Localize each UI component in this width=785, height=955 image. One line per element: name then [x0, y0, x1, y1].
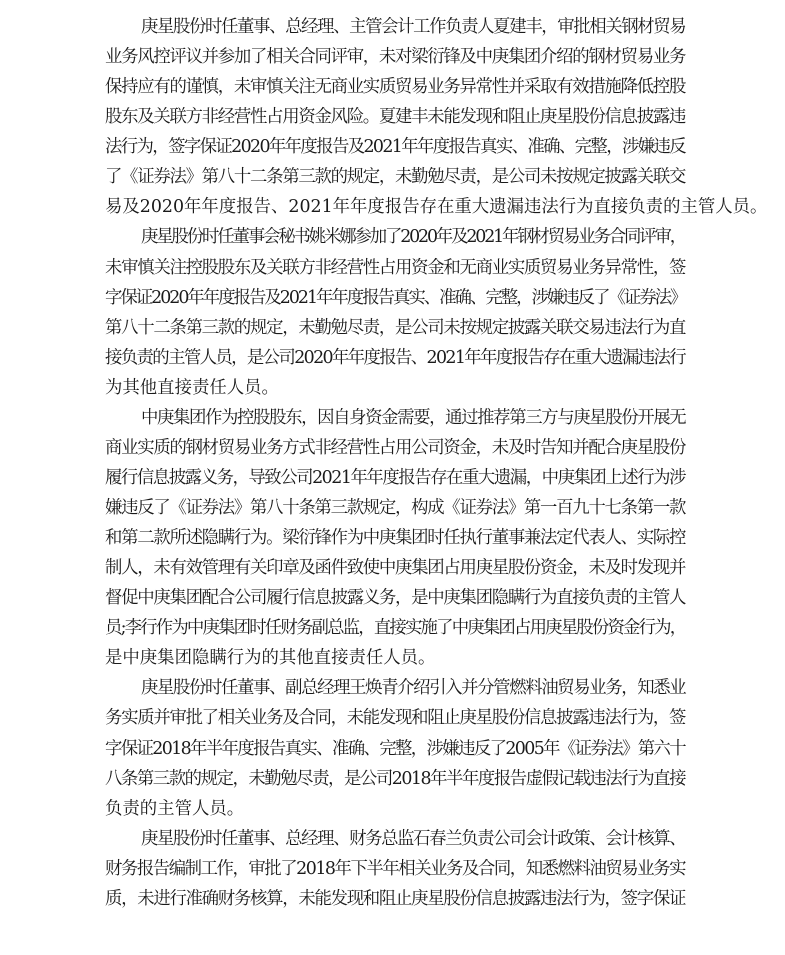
text-line: 第八十二条第三款的规定，未勤勉尽责，是公司未按规定披露关联交易违法行为直 [105, 313, 685, 343]
text-line: 庚星股份时任董事、副总经理王焕青介绍引入并分管燃料油贸易业务，知悉业 [105, 673, 685, 703]
text-line: 为其他直接责任人员。 [105, 373, 685, 403]
paragraph: 中庚集团作为控股股东，因自身资金需要，通过推荐第三方与庚星股份开展无商业实质的钢… [105, 403, 685, 674]
text-line: 易及2020年年度报告、2021年年度报告存在重大遗漏违法行为直接负责的主管人员… [105, 192, 685, 222]
paragraph: 庚星股份时任董事会秘书姚米娜参加了2020年及2021年钢材贸易业务合同评审，未… [105, 222, 685, 402]
text-line: 履行信息披露义务，导致公司2021年年度报告存在重大遗漏，中庚集团上述行为涉 [105, 463, 685, 493]
text-line: 中庚集团作为控股股东，因自身资金需要，通过推荐第三方与庚星股份开展无 [105, 403, 685, 433]
text-line: 质，未进行准确财务核算，未能发现和阻止庚星股份信息披露违法行为，签字保证 [105, 884, 685, 914]
text-line: 负责的主管人员。 [105, 794, 685, 824]
paragraph: 庚星股份时任董事、总经理、主管会计工作负责人夏建丰，审批相关钢材贸易业务风控评议… [105, 12, 685, 222]
text-line: 保持应有的谨慎，未审慎关注无商业实质贸易业务异常性并采取有效措施降低控股 [105, 72, 685, 102]
text-line: 法行为，签字保证2020年年度报告及2021年年度报告真实、准确、完整，涉嫌违反 [105, 132, 685, 162]
text-line: 了《证券法》第八十二条第三款的规定，未勤勉尽责，是公司未按规定披露关联交 [105, 162, 685, 192]
text-line: 庚星股份时任董事、总经理、财务总监石春兰负责公司会计政策、会计核算、 [105, 824, 685, 854]
text-line: 督促中庚集团配合公司履行信息披露义务，是中庚集团隐瞒行为直接负责的主管人 [105, 583, 685, 613]
text-line: 接负责的主管人员，是公司2020年年度报告、2021年年度报告存在重大遗漏违法行 [105, 343, 685, 373]
text-line: 庚星股份时任董事、总经理、主管会计工作负责人夏建丰，审批相关钢材贸易 [105, 12, 685, 42]
text-line: 庚星股份时任董事会秘书姚米娜参加了2020年及2021年钢材贸易业务合同评审， [105, 222, 685, 252]
paragraph: 庚星股份时任董事、副总经理王焕青介绍引入并分管燃料油贸易业务，知悉业务实质并审批… [105, 673, 685, 823]
text-line: 字保证2018年半年度报告真实、准确、完整，涉嫌违反了2005年《证券法》第六十 [105, 734, 685, 764]
text-line: 员;李行作为中庚集团时任财务副总监，直接实施了中庚集团占用庚星股份资金行为， [105, 613, 685, 643]
text-line: 八条第三款的规定，未勤勉尽责，是公司2018年半年度报告虚假记载违法行为直接 [105, 764, 685, 794]
text-line: 和第二款所述隐瞒行为。梁衍锋作为中庚集团时任执行董事兼法定代表人、实际控 [105, 523, 685, 553]
text-line: 股东及关联方非经营性占用资金风险。夏建丰未能发现和阻止庚星股份信息披露违 [105, 102, 685, 132]
text-line: 务实质并审批了相关业务及合同，未能发现和阻止庚星股份信息披露违法行为，签 [105, 703, 685, 733]
text-line: 字保证2020年年度报告及2021年年度报告真实、准确、完整，涉嫌违反了《证券法… [105, 283, 685, 313]
text-line: 商业实质的钢材贸易业务方式非经营性占用公司资金，未及时告知并配合庚星股份 [105, 433, 685, 463]
text-line: 业务风控评议并参加了相关合同评审，未对梁衍锋及中庚集团介绍的钢材贸易业务 [105, 42, 685, 72]
text-line: 嫌违反了《证券法》第八十条第三款规定，构成《证券法》第一百九十七条第一款 [105, 493, 685, 523]
document-page: 庚星股份时任董事、总经理、主管会计工作负责人夏建丰，审批相关钢材贸易业务风控评议… [105, 12, 685, 914]
paragraph: 庚星股份时任董事、总经理、财务总监石春兰负责公司会计政策、会计核算、财务报告编制… [105, 824, 685, 914]
text-line: 制人，未有效管理有关印章及函件致使中庚集团占用庚星股份资金，未及时发现并 [105, 553, 685, 583]
text-line: 是中庚集团隐瞒行为的其他直接责任人员。 [105, 643, 685, 673]
text-line: 财务报告编制工作，审批了2018年下半年相关业务及合同，知悉燃料油贸易业务实 [105, 854, 685, 884]
text-line: 未审慎关注控股股东及关联方非经营性占用资金和无商业实质贸易业务异常性，签 [105, 253, 685, 283]
